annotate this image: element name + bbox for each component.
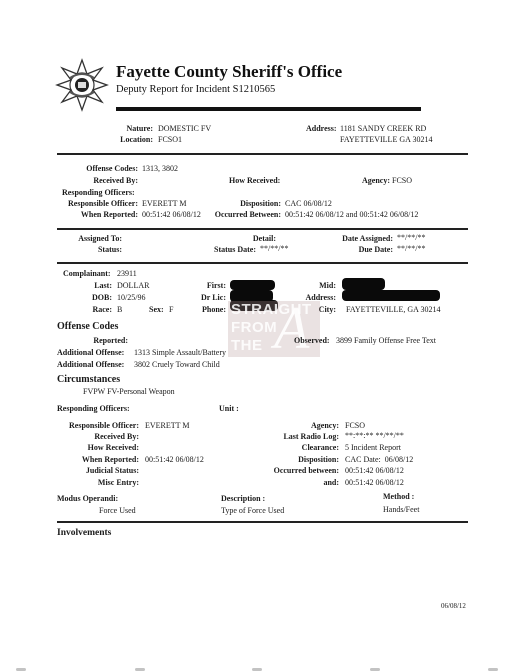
redacted-first-name [230, 280, 275, 290]
offense-codes-heading: Offense Codes [57, 321, 118, 332]
involvements-heading: Involvements [57, 528, 111, 538]
redacted-address [342, 290, 440, 301]
address-line1: 1181 SANDY CREEK RD [340, 124, 426, 133]
agency-label: Agency: [362, 176, 390, 185]
offense-codes-value: 1313, 3802 [142, 164, 178, 173]
reported-label: Reported: [80, 336, 128, 345]
received-by-label: Received By: [55, 176, 138, 185]
occurred-between-label: Occurred Between: [200, 210, 281, 219]
when-reported-label: When Reported: [55, 210, 138, 219]
scan-artifact [488, 668, 498, 671]
date-assigned-value: **/**/** [397, 233, 425, 242]
resp-agency-label: Agency: [270, 421, 339, 430]
due-date-label: Due Date: [320, 245, 393, 254]
when-reported-value: 00:51:42 06/08/12 [142, 210, 201, 219]
circumstances-value: FVPW FV-Personal Weapon [83, 387, 175, 396]
last-value: DOLLAR [117, 281, 149, 290]
unit-label: Unit : [219, 404, 239, 413]
offense-codes-label: Offense Codes: [55, 164, 138, 173]
responsible-officer-value: EVERETT M [142, 199, 187, 208]
additional-offense-label: Additional Offense: [57, 360, 124, 369]
resp-disposition-value: CAC Date: 06/08/12 [345, 455, 413, 464]
resp-disposition-label: Disposition: [260, 455, 339, 464]
sheriff-badge-icon [55, 58, 109, 112]
sex-value: F [169, 305, 173, 314]
circumstances-heading: Circumstances [57, 374, 120, 385]
disposition-label: Disposition: [220, 199, 281, 208]
disposition-value: CAC 06/08/12 [285, 199, 332, 208]
divider [57, 153, 468, 155]
location-label: Location: [90, 135, 153, 144]
and-label: and: [260, 478, 339, 487]
dob-value: 10/25/96 [117, 293, 145, 302]
observed-value: 3899 Family Offense Free Text [336, 336, 436, 345]
sex-label: Sex: [149, 305, 164, 314]
divider [57, 521, 468, 523]
redacted-middle-name [342, 278, 385, 290]
modus-operandi-label: Modus Operandi: [57, 494, 118, 503]
status-date-label: Status Date: [200, 245, 256, 254]
scan-artifact [135, 668, 145, 671]
how-received-label: How Received: [229, 176, 280, 185]
resp-when-reported-value: 00:51:42 06/08/12 [145, 455, 204, 464]
description-value: Type of Force Used [221, 506, 284, 515]
date-assigned-label: Date Assigned: [320, 234, 393, 243]
mid-label: Mid: [300, 281, 336, 290]
race-value: B [117, 305, 122, 314]
responsible-officer-label: Responsible Officer: [50, 199, 138, 208]
detail-label: Detail: [220, 234, 276, 243]
divider [57, 228, 468, 230]
nature-label: Nature: [100, 124, 153, 133]
judicial-status-label: Judicial Status: [50, 466, 139, 475]
page-title: Fayette County Sheriff's Office [116, 62, 342, 82]
modus-operandi-value: Force Used [99, 506, 136, 515]
and-value: 00:51:42 06/08/12 [345, 478, 404, 487]
nature-value: DOMESTIC FV [158, 124, 211, 133]
address-line2: FAYETTEVILLE GA 30214 [340, 135, 432, 144]
last-label: Last: [70, 281, 112, 290]
status-date-value: **/**/** [260, 244, 288, 253]
observed-label: Observed: [294, 336, 330, 345]
clearance-value: 5 Incident Report [345, 443, 401, 452]
scan-artifact [252, 668, 262, 671]
clearance-label: Clearance: [260, 443, 339, 452]
status-label: Status: [60, 245, 122, 254]
report-subtitle: Deputy Report for Incident S1210565 [116, 84, 275, 95]
location-value: FCSO1 [158, 135, 182, 144]
address-label: Address: [306, 124, 337, 133]
race-label: Race: [70, 305, 112, 314]
additional-offense-value: 1313 Simple Assault/Battery [134, 348, 226, 357]
dob-label: DOB: [70, 293, 112, 302]
watermark-line: THE [231, 339, 263, 353]
resp-responsible-officer-value: EVERETT M [145, 421, 190, 430]
footer-date: 06/08/12 [441, 602, 466, 610]
responding-officers-label: Responding Officers: [57, 404, 130, 413]
additional-offense-value: 3802 Cruely Toward Child [134, 360, 220, 369]
city-value: FAYETTEVILLE, GA 30214 [346, 305, 440, 314]
method-value: Hands/Feet [383, 505, 419, 514]
header-divider [116, 107, 421, 111]
phone-label: Phone: [196, 305, 226, 314]
first-label: First: [200, 281, 226, 290]
responding-officers-label: Responding Officers: [62, 188, 135, 197]
watermark-line: FROM [231, 321, 277, 335]
divider [57, 262, 468, 264]
watermark-logo: STRAIGHT FROM THE A [228, 301, 320, 357]
additional-offense-label: Additional Offense: [57, 348, 124, 357]
resp-occurred-between-label: Occurred between: [250, 466, 339, 475]
due-date-value: **/**/** [397, 244, 425, 253]
resp-received-by-label: Received By: [50, 432, 139, 441]
resp-occurred-between-value: 00:51:42 06/08/12 [345, 466, 404, 475]
description-label: Description : [221, 494, 265, 503]
agency-value: FCSO [392, 176, 412, 185]
complainant-value: 23911 [117, 269, 137, 278]
method-label: Method : [383, 492, 414, 501]
scan-artifact [370, 668, 380, 671]
scan-artifact [16, 668, 26, 671]
last-radio-log-label: Last Radio Log: [260, 432, 339, 441]
resp-when-reported-label: When Reported: [50, 455, 139, 464]
watermark-letter: A [274, 301, 309, 357]
occurred-between-value: 00:51:42 06/08/12 and 00:51:42 06/08/12 [285, 210, 418, 219]
resp-how-received-label: How Received: [50, 443, 139, 452]
misc-entry-label: Misc Entry: [50, 478, 139, 487]
dr-lic-label: Dr Lic: [196, 293, 226, 302]
assigned-to-label: Assigned To: [60, 234, 122, 243]
complainant-label: Complainant: [63, 269, 111, 278]
resp-responsible-officer-label: Responsible Officer: [50, 421, 139, 430]
last-radio-log-value: **:**:** **/**/** [345, 431, 404, 440]
resp-agency-value: FCSO [345, 421, 365, 430]
